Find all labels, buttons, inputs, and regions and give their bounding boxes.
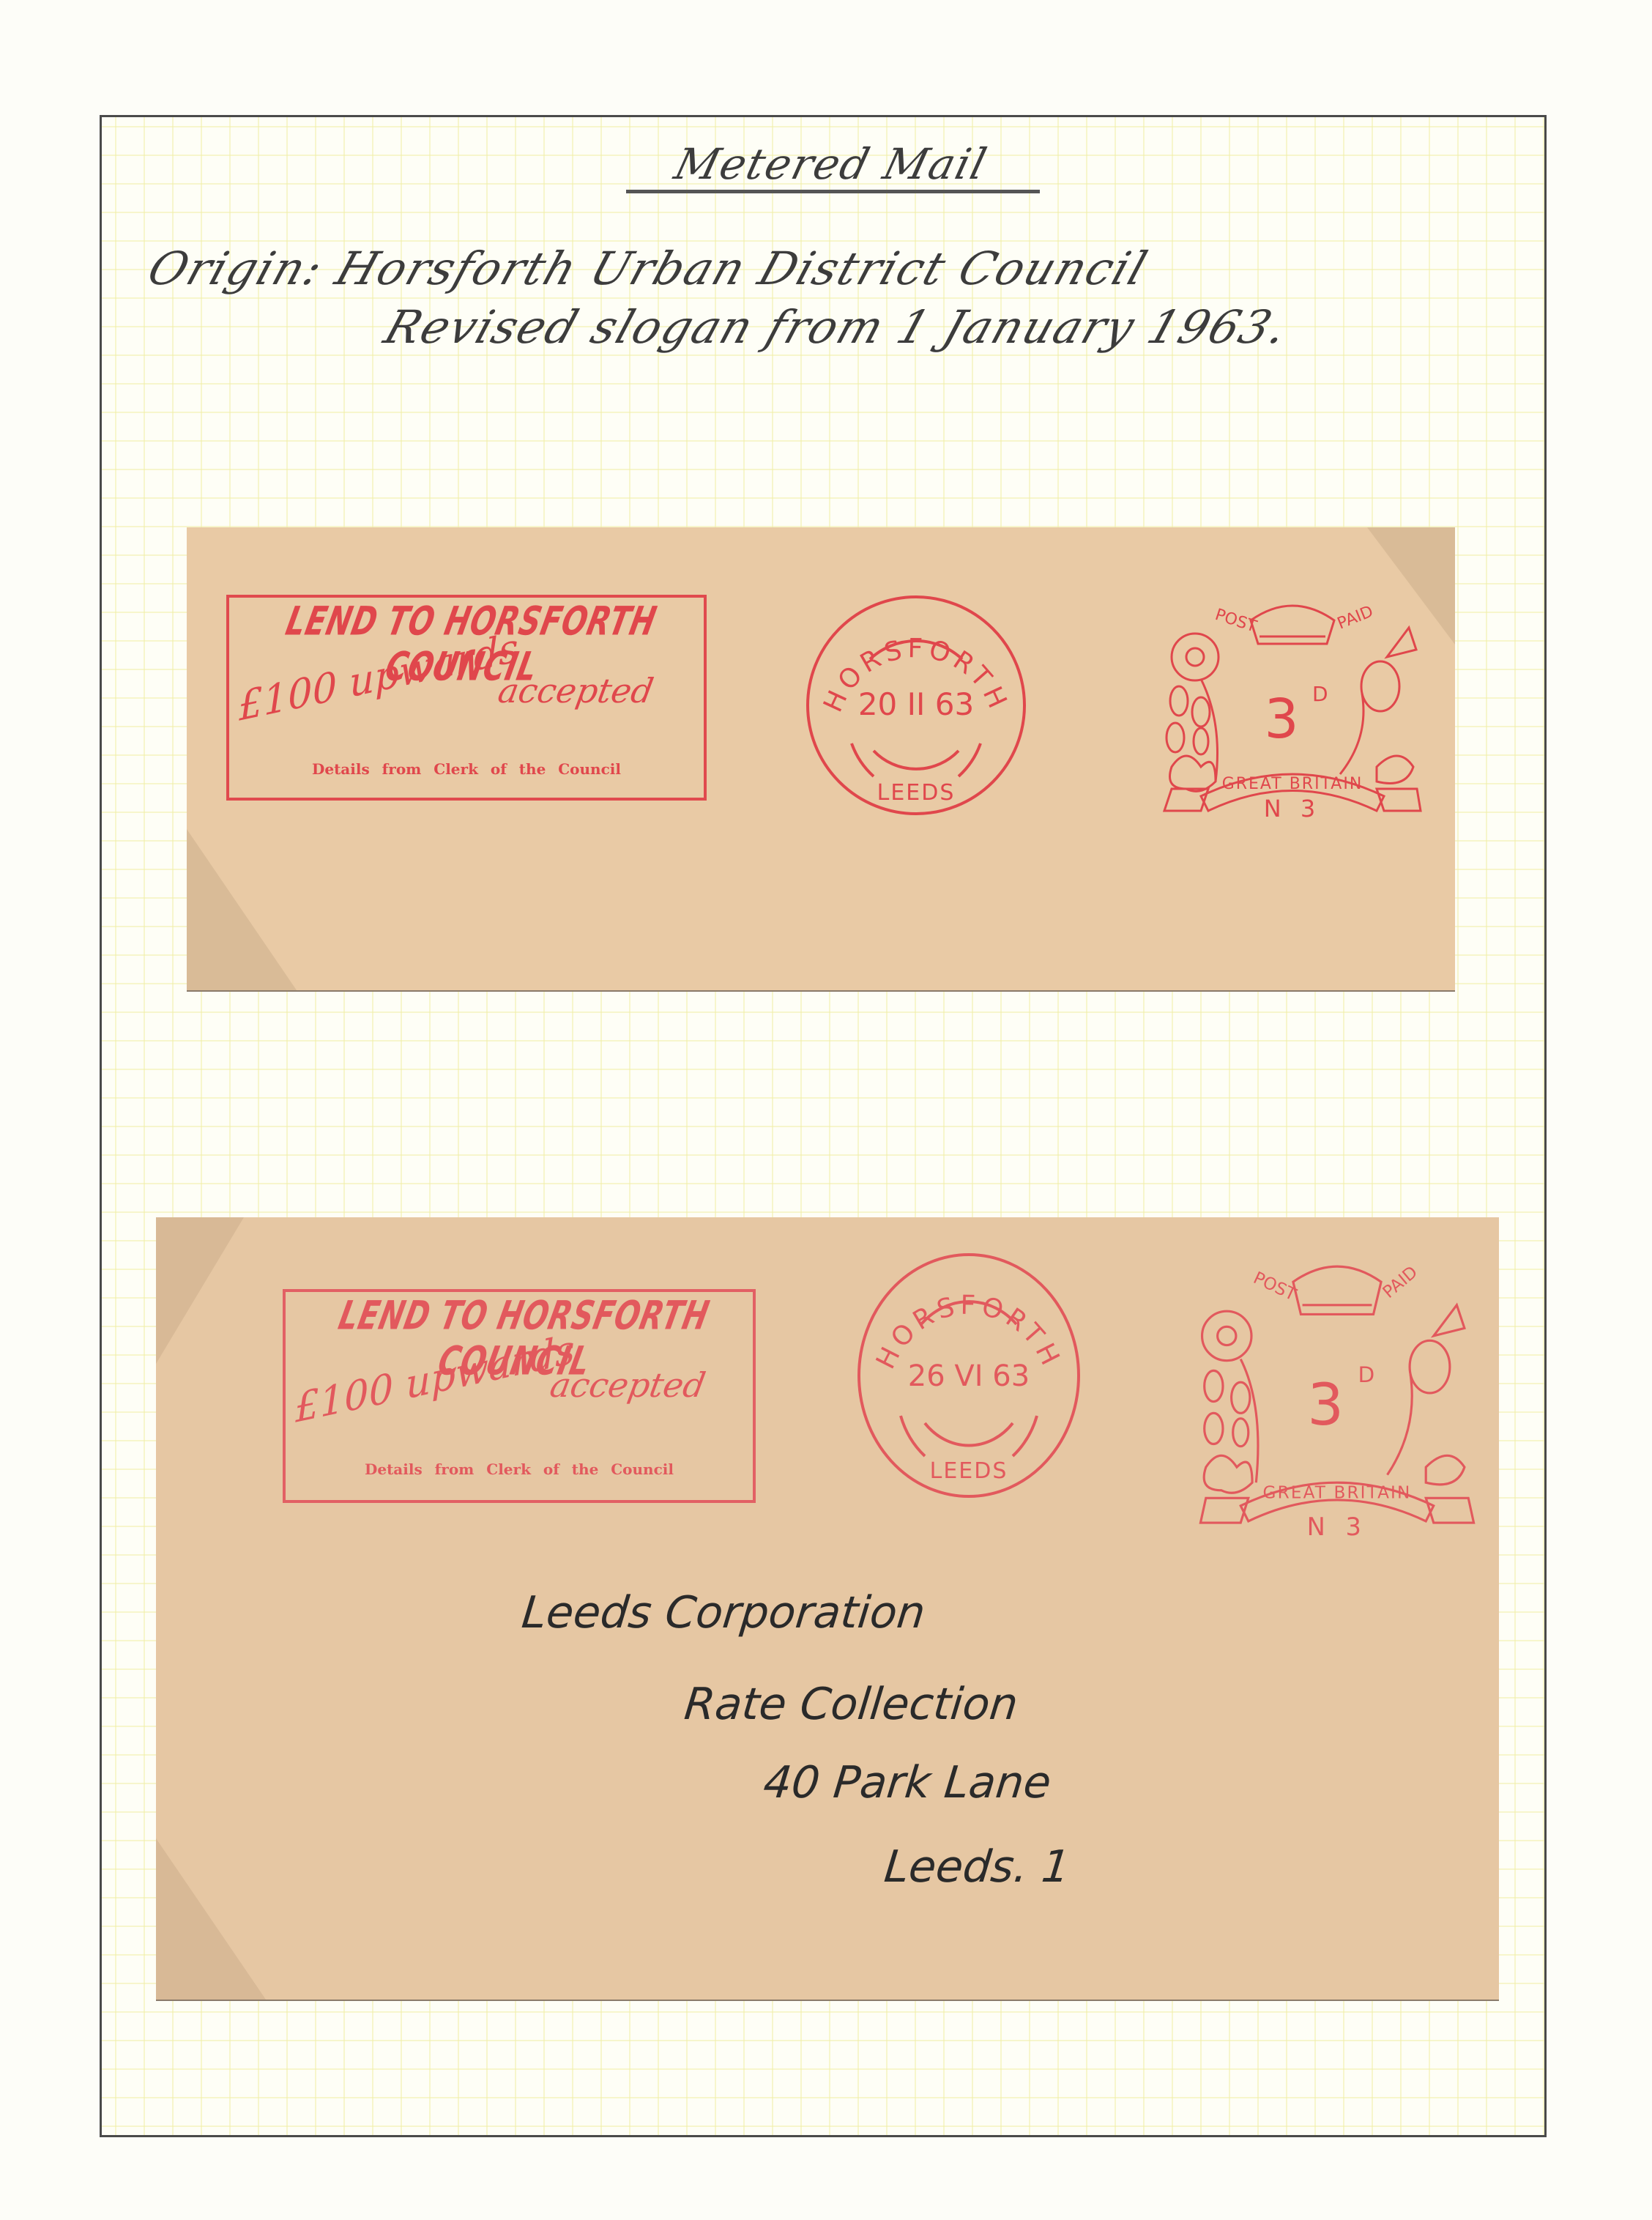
meter-banner: GREAT BRITAIN [1222,775,1363,793]
meter-post-label: POST [1251,1268,1301,1305]
meter-value: 3 [1307,1373,1344,1438]
postmark-circle: HORSFORTH 20 II 63 LEEDS [804,593,1028,817]
postmark-circle: HORSFORTH 26 VI 63 LEEDS [855,1251,1082,1500]
meter-frank: POST PAID 3 D GREAT BRITAIN N 3 [1157,591,1428,818]
address-line-1: Leeds Corporation [519,1587,927,1638]
meter-frank: POST PAID 3 D GREAT BRITAIN N 3 [1194,1251,1480,1537]
postmark-date: 26 VI 63 [908,1359,1030,1393]
corner-mount [156,1217,244,1364]
slogan-details: Details from Clerk of the Council [286,1460,753,1478]
revised-note: Revised slogan from 1 January 1963. [378,300,1295,354]
meter-value-suffix: D [1358,1362,1374,1387]
address-line-2: Rate Collection [682,1679,1020,1730]
meter-value: 3 [1264,688,1298,751]
origin-note: Origin: Horsforth Urban District Council [141,242,1155,295]
meter-number: N 3 [1264,795,1321,818]
meter-value-suffix: D [1312,682,1328,706]
address-line-3: 40 Park Lane [761,1757,1053,1808]
envelope-cover-1: LEND TO HORSFORTH COUNCIL £100 upwards a… [187,527,1455,990]
slogan-box: LEND TO HORSFORTH COUNCIL £100 upwards a… [226,595,707,801]
slogan-accepted: accepted [495,671,656,710]
page-title: Metered Mail [617,139,1046,189]
meter-number: N 3 [1307,1512,1368,1537]
postmark-date: 20 II 63 [858,686,974,722]
slogan-box: LEND TO HORSFORTH COUNCIL £100 upwards a… [283,1289,756,1503]
meter-post-label: POST [1213,606,1259,636]
meter-banner: GREAT BRITAIN [1263,1482,1412,1502]
slogan-accepted: accepted [547,1365,708,1405]
corner-mount [187,829,297,990]
envelope-cover-2: LEND TO HORSFORTH COUNCIL £100 upwards a… [156,1217,1499,2000]
corner-mount [156,1838,266,2000]
postmark-city: LEEDS [930,1458,1008,1484]
meter-paid-label: PAID [1379,1262,1421,1302]
slogan-details: Details from Clerk of the Council [229,760,704,778]
meter-paid-label: PAID [1335,603,1376,634]
title-underline [626,190,1040,193]
address-line-4: Leeds. 1 [882,1841,1072,1893]
postmark-city: LEEDS [877,780,956,806]
